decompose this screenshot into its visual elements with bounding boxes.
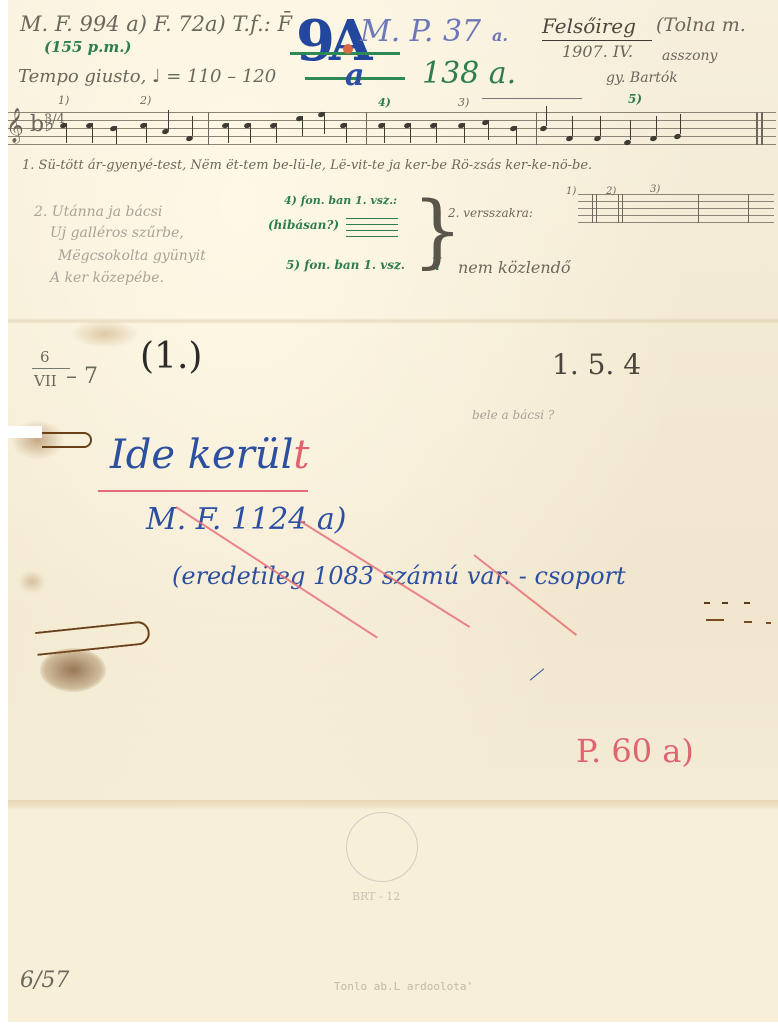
pencil-note: bele a bácsi ? xyxy=(472,408,554,422)
footnote-marker-4: 4) xyxy=(378,96,391,109)
original-group-note: (eredetileg 1083 számú var. - csoport xyxy=(172,562,626,590)
catalog-ref: M. F. 994 a) F. 72a) T.f.: F̄ xyxy=(20,12,292,36)
stain-top xyxy=(70,320,140,348)
red-dot xyxy=(343,44,353,54)
location: Felsőireg xyxy=(542,14,636,38)
treble-clef-icon: 𝄞 xyxy=(6,108,24,143)
curly-brace: } xyxy=(412,184,463,277)
footnote-marker-2: 2) xyxy=(140,94,151,107)
red-ref: P. 60 a) xyxy=(576,732,694,770)
lyrics-verse-1: 1. Sü-tött ár-gyenyé-test, Nëm ët-tem be… xyxy=(22,158,592,173)
fraction-bar xyxy=(32,368,70,369)
county: (Tolna m. xyxy=(656,14,746,36)
ref-number: 1. 5. 4 xyxy=(552,348,641,381)
corner-note: 6/57 xyxy=(20,968,69,993)
note-4-comment: (hibásan?) xyxy=(268,218,339,232)
mp-suffix: a. xyxy=(492,26,508,45)
fraction-suffix: – 7 xyxy=(66,364,98,389)
collector: gy. Bartók xyxy=(606,70,678,86)
fraction-bottom: VII xyxy=(34,372,57,390)
verse-2-marker-2: 2) xyxy=(606,186,616,197)
mini-staff-verse-2 xyxy=(578,194,774,224)
faded-stamp xyxy=(346,812,418,882)
footnote-marker-1: 1) xyxy=(58,94,69,107)
footnote-marker-3: 3) xyxy=(458,96,469,109)
verse-2-line-1: 2. Utánna ja bácsi xyxy=(34,204,162,220)
note-4-heading: 4) fon. ban 1. vsz.: xyxy=(284,194,397,207)
verse-2-label: 2. versszakra: xyxy=(448,206,533,220)
transfer-heading-red-letter: t xyxy=(293,432,309,478)
date: 1907. IV. xyxy=(562,42,633,61)
location-underline xyxy=(542,40,652,41)
fold-crease-bottom xyxy=(8,800,778,810)
mp-ref: M. P. 37 xyxy=(360,14,481,49)
note-5: 5) fon. ban 1. vsz. xyxy=(286,258,405,272)
stain-rust xyxy=(40,648,106,692)
green-number: 138 a. xyxy=(422,56,516,91)
paper-tear xyxy=(8,426,42,438)
fraction-top: 6 xyxy=(40,348,50,366)
typed-text: Tonlo ab.L ardoolota' xyxy=(334,980,473,993)
singer: asszony xyxy=(662,48,717,64)
music-staff xyxy=(8,112,776,148)
mini-staff-note-4 xyxy=(346,218,398,238)
verse-2-marker-1: 1) xyxy=(566,186,576,197)
pages-note: (155 p.m.) xyxy=(44,38,132,56)
paperclip-rust-mark-1 xyxy=(42,432,92,448)
verse-2-line-4: A ker közepébe. xyxy=(50,270,164,286)
paren-number: (1.) xyxy=(140,336,202,377)
stamp-text: BRT - 12 xyxy=(352,890,400,903)
verse-2-marker-3: 3) xyxy=(650,184,660,195)
footnote-marker-5: 5) xyxy=(628,92,642,106)
tempo-marking: Tempo giusto, ♩ = 110 – 120 xyxy=(18,66,276,87)
big-sub: a xyxy=(345,58,364,93)
slur-line xyxy=(482,98,582,99)
verse-2-line-3: Mëgcsokolta gyünyit xyxy=(58,248,206,264)
transfer-heading-blue: Ide kerül xyxy=(110,432,293,478)
transfer-heading: Ide került xyxy=(110,432,309,478)
not-published-note: nem közlendő xyxy=(458,258,571,277)
verse-2-line-2: Uj galléros szűrbe, xyxy=(50,225,184,241)
stain-small xyxy=(18,570,46,594)
red-underline xyxy=(98,490,308,492)
